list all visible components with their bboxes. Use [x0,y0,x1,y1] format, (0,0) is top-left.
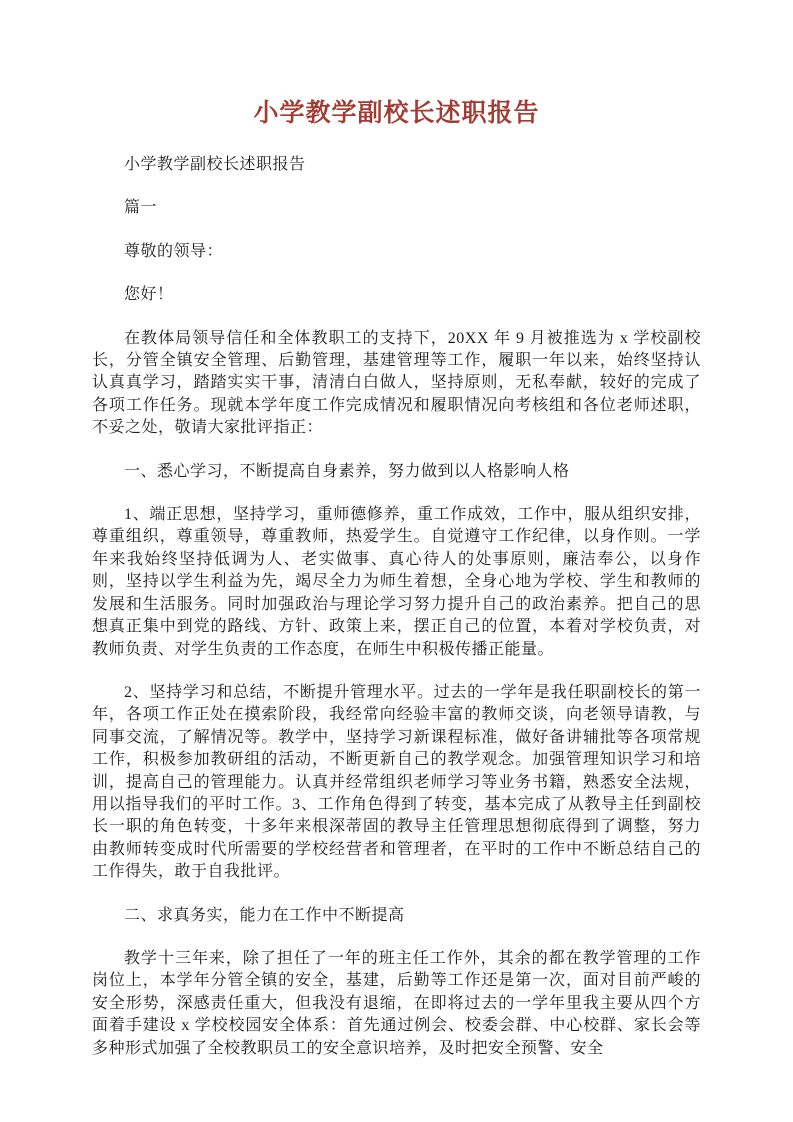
paragraph-salutation: 尊敬的领导： [92,241,701,263]
document-body: 小学教学副校长述职报告 篇一 尊敬的领导： 您好！ 在教体局领导信任和全体教职工… [92,154,701,1060]
paragraph-intro: 在教体局领导信任和全体教职工的支持下，20XX 年 9 月被推选为 x 学校副校… [92,328,701,440]
paragraph-subtitle: 小学教学副校长述职报告 [92,154,701,176]
paragraph-greeting: 您好！ [92,284,701,306]
paragraph-section-2-body: 教学十三年来，除了担任了一年的班主任工作外，其余的都在教学管理的工作岗位上，本学… [92,948,701,1060]
paragraph-part-label: 篇一 [92,197,701,219]
document-page: 小学教学副校长述职报告 小学教学副校长述职报告 篇一 尊敬的领导： 您好！ 在教… [0,0,793,1122]
paragraph-section-1-item-2: 2、坚持学习和总结，不断提升管理水平。过去的一学年是我任职副校长的第一年，各项工… [92,682,701,884]
document-title: 小学教学副校长述职报告 [92,97,701,131]
paragraph-section-2-heading: 二、求真务实，能力在工作中不断提高 [92,905,701,927]
paragraph-section-1-item-1: 1、端正思想，坚持学习，重师德修养，重工作成效，工作中，服从组织安排，尊重组织，… [92,504,701,661]
paragraph-section-1-heading: 一、悉心学习，不断提高自身素养，努力做到以人格影响人格 [92,461,701,483]
